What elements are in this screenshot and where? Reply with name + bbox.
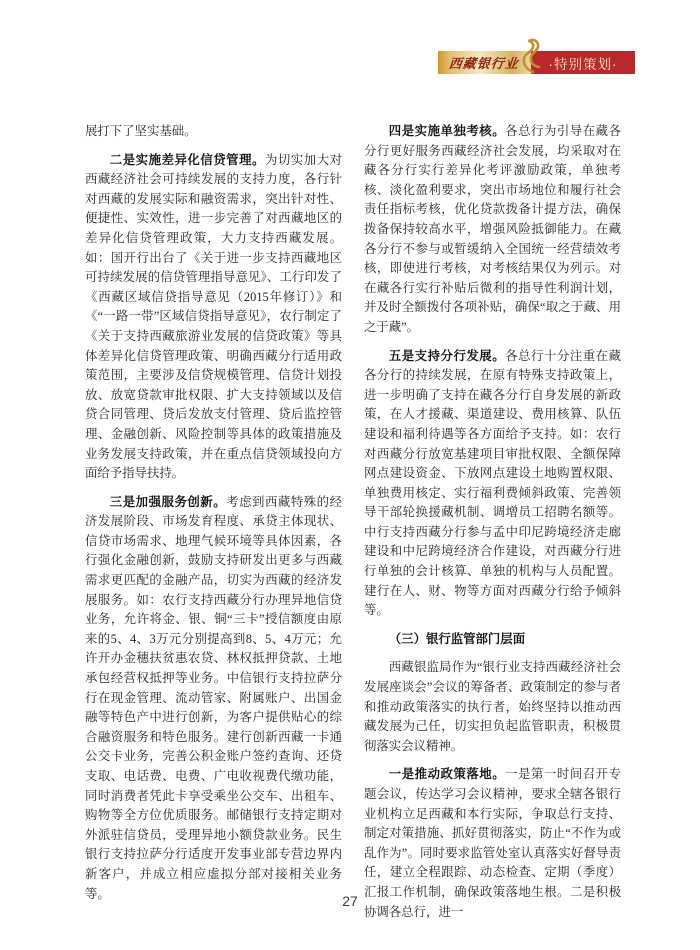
section-tag-plate: ·特别策划· [531, 51, 635, 74]
paragraph-lead: 一是推动政策落地。 [389, 767, 505, 781]
paragraph-lead: 五是支持分行发展。 [389, 349, 505, 363]
paragraph-text: 考虑到西藏特殊的经济发展阶段、市场发育程度、承贷主体现状、信贷市场需求、地理气候… [85, 495, 342, 901]
journal-title-plate: 西藏银行业 [438, 51, 531, 74]
paragraph: 二是实施差异化信贷管理。为切实加大对西藏经济社会可持续发展的支持力度，各行针对西… [85, 151, 342, 484]
paragraph-text: 各总行为引导在藏各分行更好服务西藏经济社会发展，均采取对在藏各分行实行差异化考评… [364, 124, 621, 334]
paragraph-lead: 三是加强服务创新。 [110, 495, 226, 509]
section-tag: ·特别策划· [549, 53, 618, 73]
paragraph-lead: 二是实施差异化信贷管理。 [110, 153, 265, 167]
header-banner: 西藏银行业 ·特别策划· [438, 51, 635, 74]
magazine-page: 西藏银行业 ·特别策划· 展打下了坚实基础。 二是实施差异化信贷管理。为切实加大… [0, 0, 700, 950]
paragraph-text: 西藏银监局作为“银行业支持西藏经济社会发展座谈会”会议的筹备者、政策制定的参与者… [364, 660, 621, 752]
paragraph: 三是加强服务创新。考虑到西藏特殊的经济发展阶段、市场发育程度、承贷主体现状、信贷… [85, 493, 342, 904]
paragraph-text: 为切实加大对西藏经济社会可持续发展的支持力度，各行针对西藏的发展实际和融资需求，… [85, 153, 342, 481]
paragraph-continuation: 展打下了坚实基础。 [85, 122, 342, 142]
paragraph-lead: 四是实施单独考核。 [389, 124, 505, 138]
subsection-heading: （三）银行监管部门层面 [364, 630, 621, 650]
paragraph: 西藏银监局作为“银行业支持西藏经济社会发展座谈会”会议的筹备者、政策制定的参与者… [364, 658, 621, 756]
paragraph: 四是实施单独考核。各总行为引导在藏各分行更好服务西藏经济社会发展，均采取对在藏各… [364, 122, 621, 338]
page-number: 27 [0, 893, 700, 909]
right-column: 四是实施单独考核。各总行为引导在藏各分行更好服务西藏经济社会发展，均采取对在藏各… [364, 122, 621, 922]
article-body: 展打下了坚实基础。 二是实施差异化信贷管理。为切实加大对西藏经济社会可持续发展的… [85, 122, 621, 922]
left-column: 展打下了坚实基础。 二是实施差异化信贷管理。为切实加大对西藏经济社会可持续发展的… [85, 122, 342, 922]
journal-title: 西藏银行业 [448, 53, 520, 72]
paragraph: 五是支持分行发展。各总行十分注重在藏各分行的持续发展，在原有特殊支持政策上，进一… [364, 347, 621, 621]
paragraph-text: 各总行十分注重在藏各分行的持续发展，在原有特殊支持政策上，进一步明确了支持在藏各… [364, 349, 621, 618]
